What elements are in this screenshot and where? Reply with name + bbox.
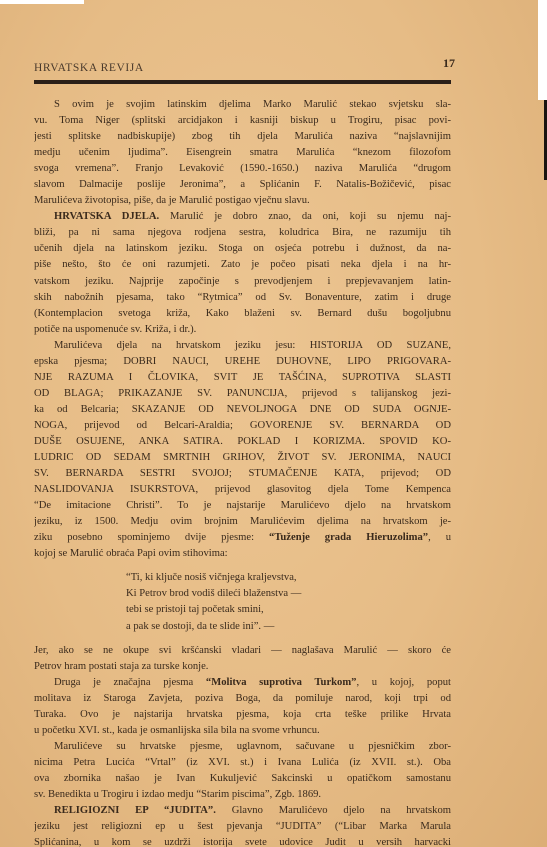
text-line: ka od Belcaria; SKAZANJE OD NEVOLJNOGA D…	[34, 402, 451, 418]
text-line: sv. Benedikta u Trogiru i izdao medju “S…	[34, 787, 451, 803]
header-rule	[34, 80, 451, 84]
text-line: Turaka. Ovo je najstarija hrvatska pjesm…	[34, 707, 451, 723]
text-line: Marulićeve su hrvatske pjesme, uglavnom,…	[34, 739, 451, 755]
poem-title-tuzenje: “Tuženje grada Hieruzolima”	[269, 532, 428, 543]
text-line: NOGA, prijevod od Belcari-Araldia; GOVOR…	[34, 418, 451, 434]
verse-line: tebi se pristoji taj početak smini,	[34, 602, 451, 618]
text-line: epska pjesma; DOBRI NAUCI, UREHE DUHOVNE…	[34, 354, 451, 370]
text-line: molitava iz Staroga Zavjeta, poziva Boga…	[34, 691, 451, 707]
text-run: Glavno Marulićevo djelo na hrvatskom	[216, 805, 451, 816]
text-line: kojoj se Marulić obraća Papi ovim stihov…	[34, 546, 451, 562]
text-line: (Kontemplacion svetoga križa, Kako blaže…	[34, 306, 451, 322]
text-line: Petrov hram postati staja za turske konj…	[34, 659, 451, 675]
text-line: OD BLAGA; PRIKAZANJE SV. PANUNCIJA, prij…	[34, 386, 451, 402]
text-run: Druga je značajna pjesma	[54, 677, 206, 688]
text-line: učenih djela na latinskom jeziku. Stoga …	[34, 241, 451, 257]
text-line: Marulićeva djela na hrvatskom jeziku jes…	[34, 338, 451, 354]
page-number: 17	[443, 56, 455, 71]
text-line: NASLIDOVANJA ISUKRSTOVA, prijevod glasov…	[34, 482, 451, 498]
body-text: S ovim je svojim latinskim djelima Marko…	[34, 97, 451, 847]
spacer	[34, 562, 451, 570]
text-line: potiče na uspomenuće sv. Križa, i dr.).	[34, 322, 451, 338]
text-line: ova zbornika našao je Ivan Kukuljević Sa…	[34, 771, 451, 787]
text-line: LUDRIC OD SEDAM SMRTNIH GRIHOV, ŽIVOT SV…	[34, 450, 451, 466]
text-line: Marulićeva životopisa, piše, da je Marul…	[34, 193, 451, 209]
text-line: u početku XVI. st., kada je osmanlijska …	[34, 723, 451, 739]
text-line: vatskom jeziku. Najprije započinje s pre…	[34, 274, 451, 290]
text-line: jeziku, iz 1500. Medju ovim brojnim Maru…	[34, 514, 451, 530]
text-line: “De imitacione Christi”. To je najstarij…	[34, 498, 451, 514]
text-line: Druga je značajna pjesma “Molitva suprot…	[34, 675, 451, 691]
text-line: ziku posebno spominjemo dvije pjesme: “T…	[34, 530, 451, 546]
text-line: S ovim je svojim latinskim djelima Marko…	[34, 97, 451, 113]
spacer	[34, 635, 451, 643]
verse-line: Ki Petrov brod vodiš dileći blaženstva —	[34, 586, 451, 602]
scan-margin-top-right	[538, 0, 547, 100]
scan-margin-top-left	[0, 0, 84, 4]
section-heading-hrvatska-djela: HRVATSKA DJELA.	[54, 211, 159, 222]
running-title: HRVATSKA REVIJA	[34, 62, 144, 74]
text-line: DUŠE OSUJENE, ANKA SATIRA. POKLAD I KORI…	[34, 434, 451, 450]
poem-title-molitva: “Molitva suprotiva Turkom”	[206, 677, 357, 688]
text-line: medju učenim ljudima”. Eisengrein smatra…	[34, 145, 451, 161]
text-line: SV. BERNARDA SESTRI SVOJOJ; STUMAČENJE K…	[34, 466, 451, 482]
text-line: Splićanina, u kom se uzdrži istorija sve…	[34, 835, 451, 847]
text-line: bliži, pa ni sama njegova rodjena sestra…	[34, 225, 451, 241]
text-line: jeziku jest religiozni ep u šest pjevanj…	[34, 819, 451, 835]
text-line: svoga vremena”. Franjo Levaković (1590.-…	[34, 161, 451, 177]
text-line: Jer, ako se ne okupe svi kršćanski vlada…	[34, 643, 451, 659]
verse-line: “Ti, ki ključe nosiš vičnjega kraljevstv…	[34, 570, 451, 586]
text-line: HRVATSKA DJELA. Marulić je dobro znao, d…	[34, 209, 451, 225]
text-line: piše nešto, što će oni razumjeti. Zato j…	[34, 257, 451, 273]
text-line: slavom Dalmacije poslije Jeronima”, a Sp…	[34, 177, 451, 193]
text-run: , u kojoj, poput	[356, 677, 451, 688]
text-line: RELIGIOZNI EP “JUDITA”. Glavno Marulićev…	[34, 803, 451, 819]
page-header: HRVATSKA REVIJA 17	[34, 56, 451, 76]
text-line: skih nabožnih pjesama, tako “Rytmica” od…	[34, 290, 451, 306]
section-heading-judita: RELIGIOZNI EP “JUDITA”.	[54, 805, 216, 816]
text-line: nicima Petra Lucića “Vrtal” (iz XVI. st.…	[34, 755, 451, 771]
text-line: NJE RAZUMA I ČLOVIKA, SVIT JE TAŠĆINA, S…	[34, 370, 451, 386]
verse-line: a pak se dostoji, da te slide ini”. —	[34, 619, 451, 635]
text-run: Marulić je dobro znao, da oni, koji su n…	[159, 211, 451, 222]
text-line: jesti splitske nadbiskupije) zbog tih dj…	[34, 129, 451, 145]
text-line: vu. Toma Niger (splitski arcidjakon i ka…	[34, 113, 451, 129]
scanned-page: HRVATSKA REVIJA 17 S ovim je svojim lati…	[0, 0, 547, 847]
